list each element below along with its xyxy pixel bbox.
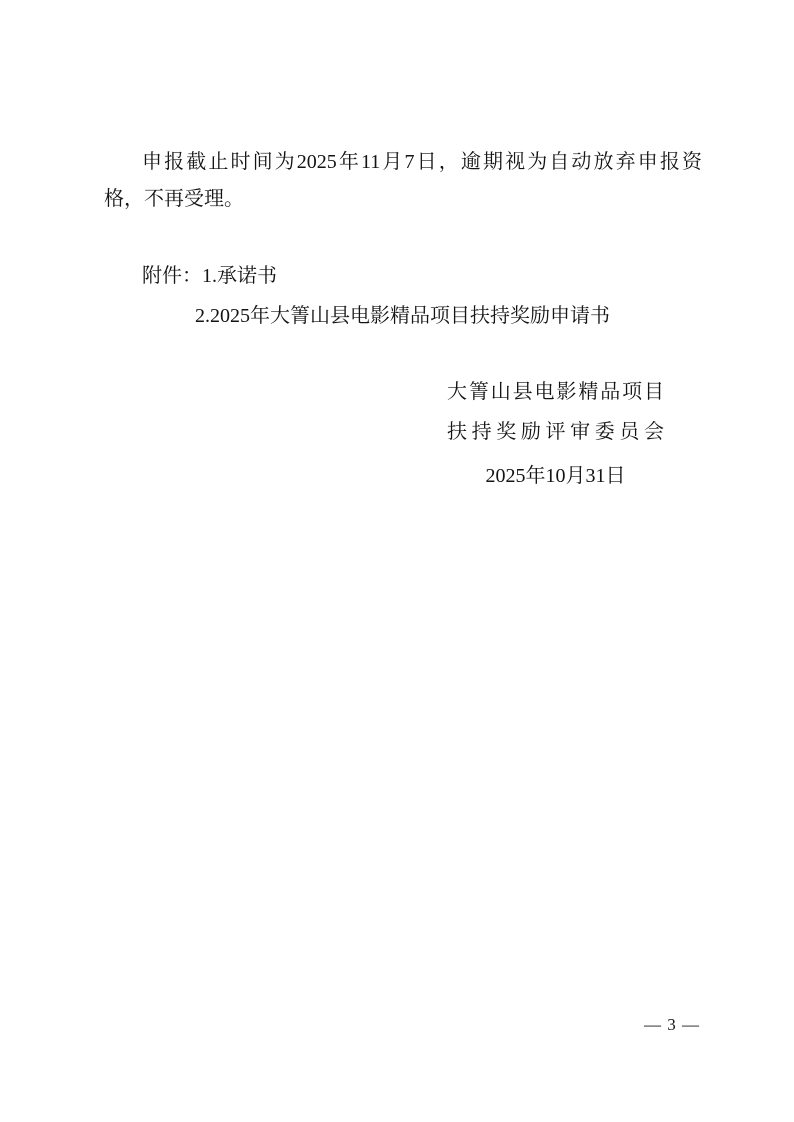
body-paragraph-line-2: 格，不再受理。 <box>104 188 244 211</box>
signature-org-line-1: 大箐山县电影精品项目 <box>447 381 664 404</box>
document-page: 申报截止时间为2025年11月7日，逾期视为自动放弃申报资 格，不再受理。 附件… <box>0 0 794 1122</box>
attachment-list-line-1: 附件：1.承诺书 <box>142 265 277 288</box>
body-paragraph-line-1: 申报截止时间为2025年11月7日，逾期视为自动放弃申报资 <box>104 151 702 174</box>
signature-date: 2025年10月31日 <box>447 465 664 488</box>
attachment-list-line-2: 2.2025年大箐山县电影精品项目扶持奖励申请书 <box>195 305 610 328</box>
signature-block: 大箐山县电影精品项目 扶持奖励评审委员会 2025年10月31日 <box>447 381 664 488</box>
page-number: — 3 — <box>644 1015 700 1035</box>
signature-org-line-2: 扶持奖励评审委员会 <box>447 421 664 444</box>
